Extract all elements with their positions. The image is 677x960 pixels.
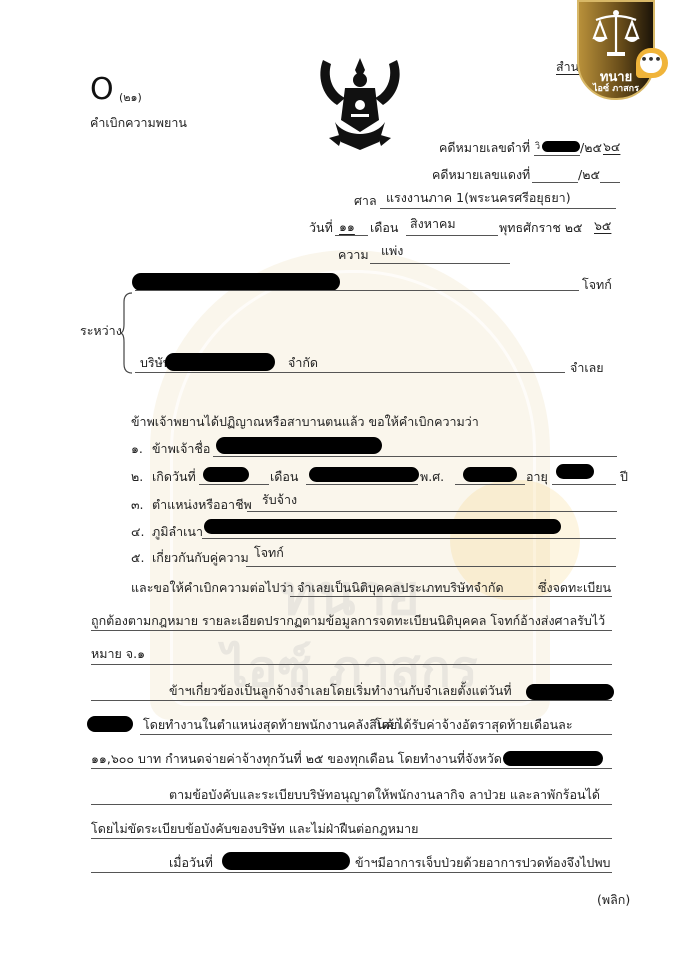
black-case-year: ๖๔ [603, 139, 620, 155]
date-day: ๑๑ [339, 219, 355, 235]
matter-label: ความ [338, 247, 369, 263]
matter-value: แพ่ง [381, 243, 403, 259]
item-1-number: ๑. [131, 441, 143, 457]
item-3-value: รับจ้าง [262, 492, 297, 508]
date-label: วันที่ [309, 220, 333, 236]
redacted-case-number [542, 141, 580, 152]
between-label: ระหว่าง [80, 323, 122, 339]
statement-line-8 [91, 838, 612, 839]
statement-text-5a: โดยทำงานในตำแหน่งสุดท้ายพนักงานคลังสินค้… [143, 717, 401, 733]
statement-line-3 [91, 664, 612, 665]
statement-line-1 [290, 596, 612, 597]
redacted-start-date [526, 684, 614, 700]
plaintiff-line [135, 290, 579, 291]
item-1-label: ข้าพเจ้าชื่อ [152, 441, 210, 457]
birth-year-line [455, 484, 525, 485]
red-case-label: คดีหมายเลขแดงที่ [432, 167, 530, 183]
item-5-number: ๕. [131, 550, 144, 566]
item-2-number: ๒. [131, 469, 143, 485]
matter-line [370, 263, 510, 264]
witness-intro: ข้าพเจ้าพยานได้ปฏิญาณหรือสาบานตนแล้ว ขอใ… [131, 414, 479, 430]
item-3-label: ตำแหน่งหรืออาชีพ [152, 497, 252, 513]
red-case-suffix: /๒๕ [578, 167, 600, 183]
statement-line-6 [91, 768, 612, 769]
statement-text-9b: ข้าฯมีอาการเจ็บป่วยด้วยอาการปวดท้องจึงไป… [355, 855, 611, 871]
item-4-number: ๔. [131, 524, 144, 540]
watermark-scales-icon [170, 270, 536, 706]
garuda-emblem-icon [315, 50, 405, 155]
month-label: เดือน [370, 220, 398, 236]
month-line [406, 235, 498, 236]
statement-line-2 [91, 630, 612, 631]
watermark: ทนาย ไอซ์ ภาสกร [150, 250, 550, 720]
redacted-age [556, 464, 594, 479]
black-case-prefix: วิ [535, 139, 540, 153]
item-5-label: เกี่ยวกันกับคู่ความ [152, 550, 249, 566]
redacted-defendant-name [165, 353, 275, 371]
redacted-illness-date [222, 852, 350, 870]
item-3-number: ๓. [131, 497, 144, 513]
month-value: สิงหาคม [410, 216, 456, 232]
statement-text-5b: โดยได้รับค่าจ้างอัตราสุดท้ายเดือนละ [375, 717, 573, 733]
statement-text-2: ถูกต้องตามกฎหมาย รายละเอียดปรากฏตามข้อมู… [91, 613, 605, 629]
black-case-suffix: /๒๕ [580, 140, 602, 156]
year-label: พุทธศักราช ๒๕ [499, 220, 583, 236]
statement-line-5 [140, 734, 612, 735]
watermark-arch [150, 250, 550, 720]
defendant-suffix: จำกัด [288, 355, 318, 371]
statement-text-4: ข้าฯเกี่ยวข้องเป็นลูกจ้างจำเลยโดยเริ่มทำ… [169, 683, 512, 699]
court-label: ศาล [354, 193, 377, 209]
relation-line [246, 566, 616, 567]
court-line [380, 208, 616, 209]
birth-year-label: พ.ศ. [420, 469, 444, 485]
redacted-witness-name [216, 437, 382, 454]
red-case-year-line [600, 182, 620, 183]
red-case-line [532, 182, 578, 183]
redacted-province [503, 751, 603, 766]
form-symbol: O [90, 74, 114, 106]
chat-bubble-icon: ••• [636, 48, 668, 78]
item-5-value: โจทก์ [254, 545, 284, 561]
statement-text-8: โดยไม่ขัดระเบียบข้อบังคับของบริษัท และไม… [91, 821, 418, 837]
defendant-line [135, 372, 565, 373]
name-line [213, 456, 617, 457]
redacted-start-date-cont [87, 716, 133, 732]
form-title: คำเบิกความพยาน [90, 115, 187, 131]
domicile-line [202, 538, 616, 539]
form-number: (๒๑) [119, 88, 142, 106]
statement-text-1: จำเลยเป็นนิติบุคคลประเภทบริษัทจำกัด [297, 580, 504, 596]
statement-line-4 [91, 700, 612, 701]
brace-icon [120, 292, 134, 374]
statement-line-7 [91, 804, 612, 805]
item-2-label: เกิดวันที่ [152, 469, 196, 485]
age-unit: ปี [620, 469, 628, 485]
redacted-plaintiff-name [132, 273, 340, 291]
occupation-line [247, 511, 617, 512]
black-case-line [534, 155, 580, 156]
birth-day-line [199, 484, 269, 485]
court-value: แรงงานภาค 1(พระนครศรีอยุธยา) [386, 190, 571, 206]
statement-text-3: หมาย จ.๑ [91, 646, 145, 662]
birth-month-label: เดือน [270, 469, 298, 485]
birth-month-line [306, 484, 418, 485]
age-line [552, 484, 616, 485]
statement-line-9 [91, 872, 612, 873]
office-label: สำน [556, 59, 579, 75]
year-value: ๖๕ [594, 218, 611, 234]
redacted-birth-year [463, 467, 517, 482]
date-day-line [335, 235, 368, 236]
age-label: อายุ [526, 469, 548, 485]
defendant-label: จำเลย [570, 360, 604, 376]
chat-dots-icon: ••• [640, 53, 662, 73]
statement-lead: และขอให้คำเบิกความต่อไปว่า [131, 580, 294, 596]
item-4-label: ภูมิลำเนา [152, 524, 203, 540]
redacted-domicile [204, 519, 561, 534]
scales-of-justice-icon [591, 8, 641, 60]
statement-text-9a: เมื่อวันที่ [169, 855, 213, 871]
badge-subtitle: ไอซ์ ภาสกร [577, 81, 655, 95]
turn-over-label: (พลิก) [597, 892, 630, 908]
statement-text-7: ตามข้อบังคับและระเบียบบริษัทอนุญาตให้พนั… [169, 787, 600, 803]
black-case-label: คดีหมายเลขดำที่ [439, 140, 530, 156]
statement-text-6: ๑๑,๖๐๐ บาท กำหนดจ่ายค่าจ้างทุกวันที่ ๒๕ … [91, 751, 502, 767]
redacted-birth-day [203, 467, 249, 482]
statement-text-1-end: ซึ่งจดทะเบียน [538, 580, 611, 596]
redacted-birth-month [309, 467, 419, 482]
plaintiff-label: โจทก์ [582, 277, 612, 293]
